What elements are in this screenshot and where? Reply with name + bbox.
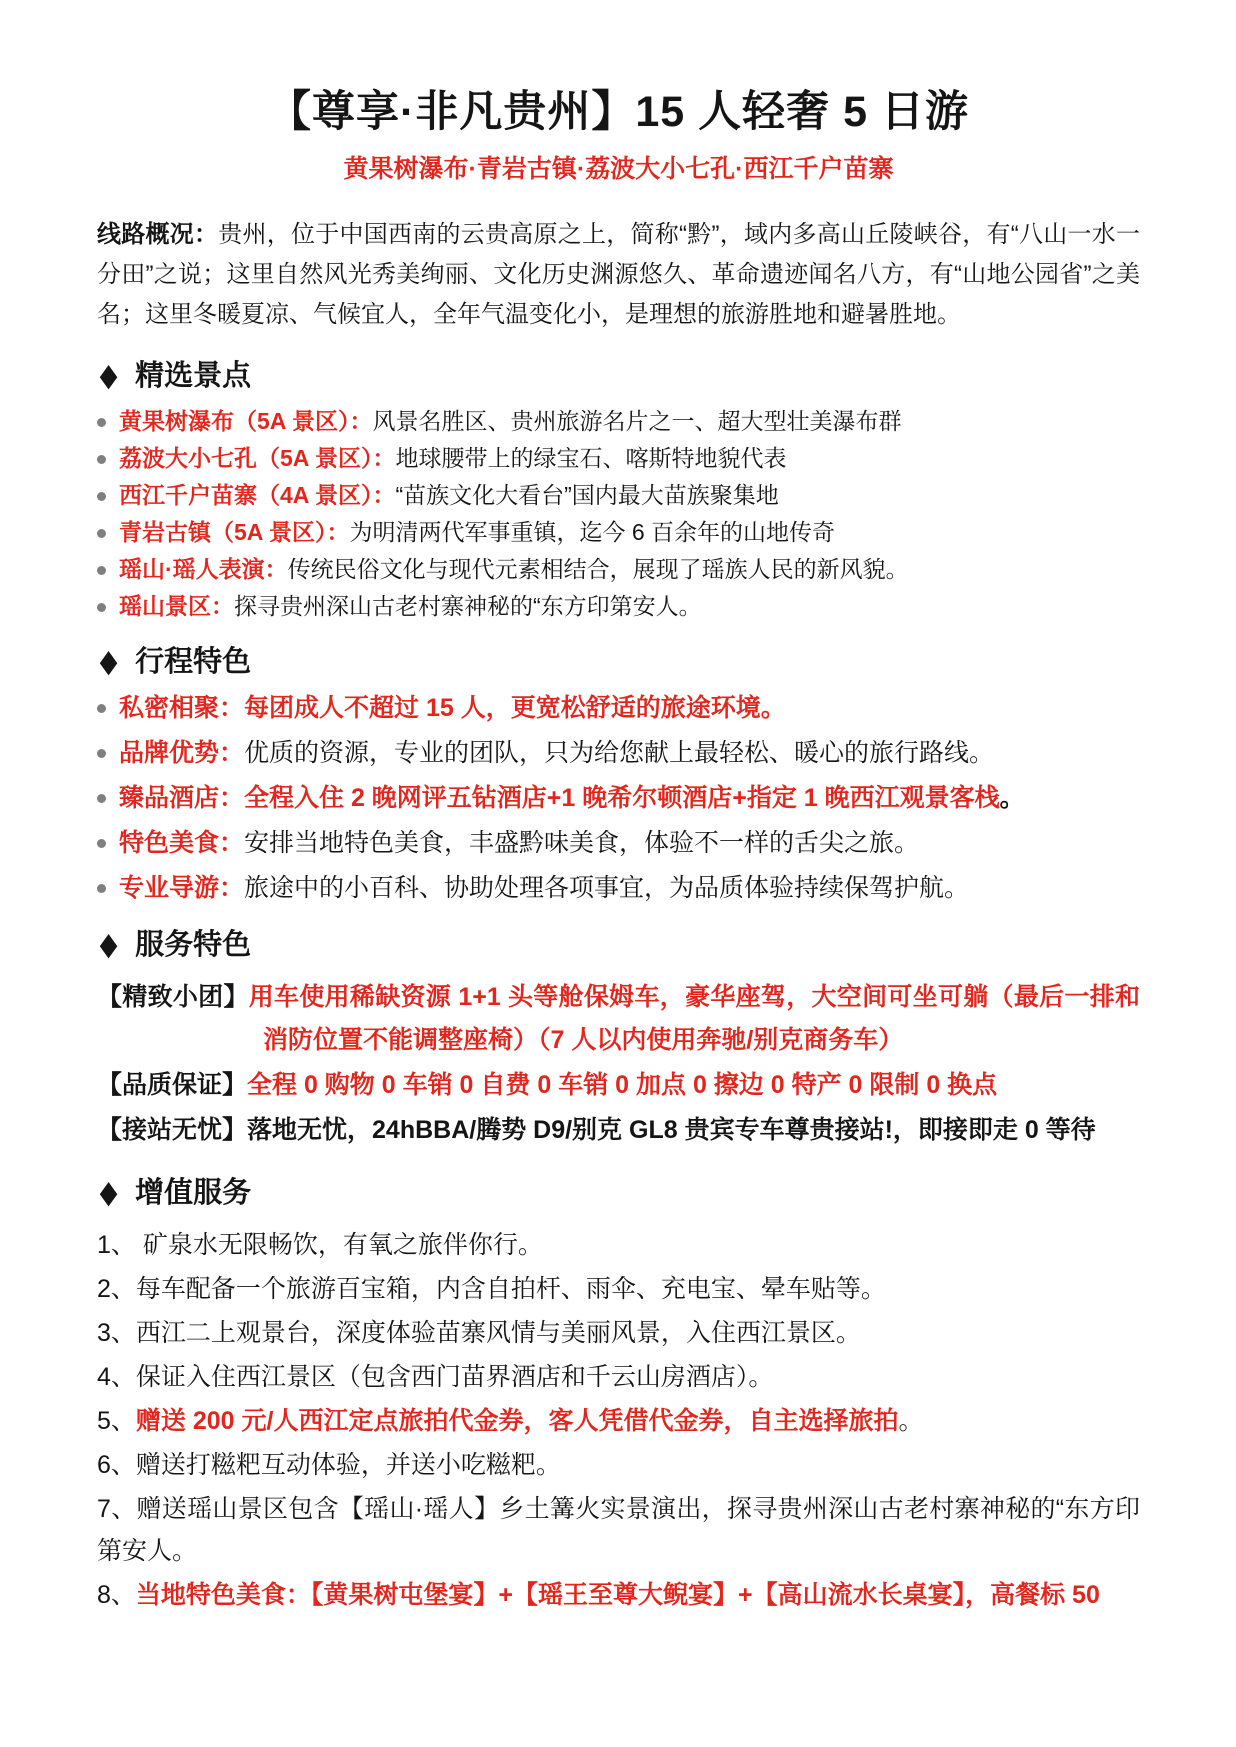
list-item: 黄果树瀑布（5A 景区）：风景名胜区、贵州旅游名片之一、超大型壮美瀑布群 — [97, 407, 1140, 436]
item-number: 6、 — [97, 1451, 136, 1479]
service-label: 【品质保证】 — [97, 1071, 247, 1099]
list-item: 3、西江二上观景台，深度体验苗寨风情与美丽风景，入住西江景区。 — [97, 1312, 1140, 1354]
list-item: 荔波大小七孔（5A 景区）：地球腰带上的绿宝石、喀斯特地貌代表 — [97, 444, 1140, 473]
service-line: 【品质保证】全程 0 购物 0 车销 0 自费 0 车销 0 加点 0 擦边 0… — [97, 1064, 1140, 1107]
item-text: 赠送瑶山景区包含【瑶山·瑶人】乡土篝火实景演出，探寻贵州深山古老村寨神秘的“东方… — [97, 1495, 1140, 1565]
bullet-icon — [97, 884, 106, 893]
list-item: 私密相聚：每团成人不超过 15 人，更宽松舒适的旅途环境。 — [97, 693, 1140, 724]
item-emphasis: 当地特色美食：【黄果树屯堡宴】+【瑶王至尊大鲵宴】+【高山流水长桌宴】，高餐标 … — [136, 1581, 1100, 1609]
section-title: 增值服务 — [135, 1174, 251, 1212]
list-item: 臻品酒店：全程入住 2 晚网评五钻酒店+1 晚希尔顿酒店+指定 1 晚西江观景客… — [97, 783, 1140, 814]
bullet-icon — [97, 839, 106, 848]
list-item: 6、赠送打糍粑互动体验，并送小吃糍粑。 — [97, 1444, 1140, 1486]
item-text: 为明清两代军事重镇，迄今 6 百余年的山地传奇 — [349, 519, 835, 545]
item-label: 私密相聚： — [119, 694, 244, 722]
bullet-icon — [97, 794, 106, 803]
item-number: 3、 — [97, 1319, 136, 1347]
list-item: 瑶山·瑶人表演：传统民俗文化与现代元素相结合，展现了瑶族人民的新风貌。 — [97, 555, 1140, 584]
item-label: 瑶山·瑶人表演： — [119, 556, 288, 582]
item-suffix: 。 — [1000, 784, 1025, 812]
item-emphasis: 赠送 200 元/人西江定点旅拍代金券，客人凭借代金券，自主选择旅拍 — [136, 1407, 899, 1435]
item-text: 每车配备一个旅游百宝箱，内含自拍杆、雨伞、充电宝、晕车贴等。 — [136, 1275, 886, 1303]
item-label: 黄果树瀑布（5A 景区）： — [119, 408, 372, 434]
service-text: 全程 0 购物 0 车销 0 自费 0 车销 0 加点 0 擦边 0 特产 0 … — [247, 1071, 997, 1099]
item-text: 西江二上观景台，深度体验苗寨风情与美丽风景，入住西江景区。 — [136, 1319, 861, 1347]
bullet-icon — [97, 492, 106, 501]
bullet-icon — [97, 418, 106, 427]
item-text: “苗族文化大看台”国内最大苗族聚集地 — [395, 482, 778, 508]
list-item: 2、每车配备一个旅游百宝箱，内含自拍杆、雨伞、充电宝、晕车贴等。 — [97, 1268, 1140, 1310]
list-item: 4、保证入住西江景区（包含西门苗界酒店和千云山房酒店）。 — [97, 1356, 1140, 1398]
list-item: 瑶山景区：探寻贵州深山古老村寨神秘的“东方印第安人。 — [97, 592, 1140, 621]
item-label: 臻品酒店： — [119, 784, 244, 812]
item-text: 探寻贵州深山古老村寨神秘的“东方印第安人。 — [234, 593, 702, 619]
item-label: 特色美食： — [119, 829, 244, 857]
item-label: 荔波大小七孔（5A 景区）： — [119, 445, 395, 471]
item-number: 8、 — [97, 1581, 136, 1609]
item-text: 安排当地特色美食，丰盛黔味美食，体验不一样的舌尖之旅。 — [244, 829, 919, 857]
bullet-icon — [97, 566, 106, 575]
item-text: 地球腰带上的绿宝石、喀斯特地貌代表 — [395, 445, 786, 471]
list-item: 特色美食：安排当地特色美食，丰盛黔味美食，体验不一样的舌尖之旅。 — [97, 828, 1140, 859]
service-line: 【精致小团】用车使用稀缺资源 1+1 头等舱保姆车，豪华座驾，大空间可坐可躺（最… — [97, 976, 1140, 1062]
service-text: 落地无忧，24hBBA/腾势 D9/别克 GL8 贵宾专车尊贵接站!，即接即走 … — [247, 1116, 1096, 1144]
list-item: 8、当地特色美食：【黄果树屯堡宴】+【瑶王至尊大鲵宴】+【高山流水长桌宴】，高餐… — [97, 1574, 1140, 1616]
list-item: 7、赠送瑶山景区包含【瑶山·瑶人】乡土篝火实景演出，探寻贵州深山古老村寨神秘的“… — [97, 1488, 1140, 1572]
page-subtitle: 黄果树瀑布·青岩古镇·荔波大小七孔·西江千户苗寨 — [97, 153, 1140, 185]
item-text: 赠送打糍粑互动体验，并送小吃糍粑。 — [136, 1451, 561, 1479]
bullet-icon — [97, 749, 106, 758]
item-label: 西江千户苗寨（4A 景区）： — [119, 482, 395, 508]
value-added-list: 1、 矿泉水无限畅饮，有氧之旅伴你行。 2、每车配备一个旅游百宝箱，内含自拍杆、… — [97, 1224, 1140, 1616]
bullet-icon — [97, 603, 106, 612]
list-item: 专业导游：旅途中的小百科、协助处理各项事宜，为品质体验持续保驾护航。 — [97, 873, 1140, 904]
overview-paragraph: 线路概况：贵州，位于中国西南的云贵高原之上，简称“黔”，域内多高山丘陵峡谷，有“… — [97, 215, 1140, 335]
bullet-icon — [97, 455, 106, 464]
list-item: 青岩古镇（5A 景区）：为明清两代军事重镇，迄今 6 百余年的山地传奇 — [97, 518, 1140, 547]
diamond-icon: ◆ — [100, 1178, 117, 1208]
bullet-icon — [97, 529, 106, 538]
item-number: 2、 — [97, 1275, 136, 1303]
item-text: 每团成人不超过 15 人，更宽松舒适的旅途环境。 — [244, 694, 786, 722]
overview-text: 贵州，位于中国西南的云贵高原之上，简称“黔”，域内多高山丘陵峡谷，有“八山一水一… — [97, 221, 1140, 328]
section-header-highlights: ◆ 精选景点 — [97, 357, 1140, 395]
diamond-icon: ◆ — [100, 647, 117, 677]
list-item: 品牌优势：优质的资源，专业的团队，只为给您献上最轻松、暖心的旅行路线。 — [97, 738, 1140, 769]
item-number: 4、 — [97, 1363, 136, 1391]
item-text: 保证入住西江景区（包含西门苗界酒店和千云山房酒店）。 — [136, 1363, 774, 1391]
item-number: 5、 — [97, 1407, 136, 1435]
service-text: 用车使用稀缺资源 1+1 头等舱保姆车，豪华座驾，大空间可坐可躺（最后一排和消防… — [249, 983, 1140, 1054]
features-list: 私密相聚：每团成人不超过 15 人，更宽松舒适的旅途环境。 品牌优势：优质的资源… — [97, 693, 1140, 904]
item-number: 1、 — [97, 1231, 136, 1259]
item-text: 旅途中的小百科、协助处理各项事宜，为品质体验持续保驾护航。 — [244, 874, 969, 902]
section-title: 精选景点 — [135, 357, 251, 395]
section-title: 服务特色 — [135, 926, 251, 964]
item-tail: 。 — [898, 1407, 923, 1435]
item-text: 全程入住 2 晚网评五钻酒店+1 晚希尔顿酒店+指定 1 晚西江观景客栈 — [244, 784, 1000, 812]
item-label: 专业导游： — [119, 874, 244, 902]
list-item: 1、 矿泉水无限畅饮，有氧之旅伴你行。 — [97, 1224, 1140, 1266]
diamond-icon: ◆ — [100, 361, 117, 391]
bullet-icon — [97, 704, 106, 713]
section-header-value-added: ◆ 增值服务 — [97, 1174, 1140, 1212]
item-label: 青岩古镇（5A 景区）： — [119, 519, 349, 545]
item-text: 传统民俗文化与现代元素相结合，展现了瑶族人民的新风貌。 — [288, 556, 909, 582]
document-page: 【尊享·非凡贵州】15 人轻奢 5 日游 黄果树瀑布·青岩古镇·荔波大小七孔·西… — [0, 0, 1236, 1747]
item-text: 矿泉水无限畅饮，有氧之旅伴你行。 — [136, 1231, 543, 1259]
item-text: 风景名胜区、贵州旅游名片之一、超大型壮美瀑布群 — [372, 408, 901, 434]
highlights-list: 黄果树瀑布（5A 景区）：风景名胜区、贵州旅游名片之一、超大型壮美瀑布群 荔波大… — [97, 407, 1140, 621]
page-title: 【尊享·非凡贵州】15 人轻奢 5 日游 — [97, 88, 1140, 137]
item-number: 7、 — [97, 1495, 137, 1523]
section-header-services: ◆ 服务特色 — [97, 926, 1140, 964]
diamond-icon: ◆ — [100, 930, 117, 960]
service-label: 【精致小团】 — [97, 983, 249, 1011]
section-header-features: ◆ 行程特色 — [97, 643, 1140, 681]
services-block: 【精致小团】用车使用稀缺资源 1+1 头等舱保姆车，豪华座驾，大空间可坐可躺（最… — [97, 976, 1140, 1152]
item-text: 优质的资源，专业的团队，只为给您献上最轻松、暖心的旅行路线。 — [244, 739, 994, 767]
list-item: 5、赠送 200 元/人西江定点旅拍代金券，客人凭借代金券，自主选择旅拍。 — [97, 1400, 1140, 1442]
service-label: 【接站无忧】 — [97, 1116, 247, 1144]
overview-label: 线路概况： — [97, 221, 218, 248]
service-line: 【接站无忧】落地无忧，24hBBA/腾势 D9/别克 GL8 贵宾专车尊贵接站!… — [97, 1109, 1140, 1152]
item-label: 品牌优势： — [119, 739, 244, 767]
item-label: 瑶山景区： — [119, 593, 234, 619]
section-title: 行程特色 — [135, 643, 251, 681]
list-item: 西江千户苗寨（4A 景区）：“苗族文化大看台”国内最大苗族聚集地 — [97, 481, 1140, 510]
